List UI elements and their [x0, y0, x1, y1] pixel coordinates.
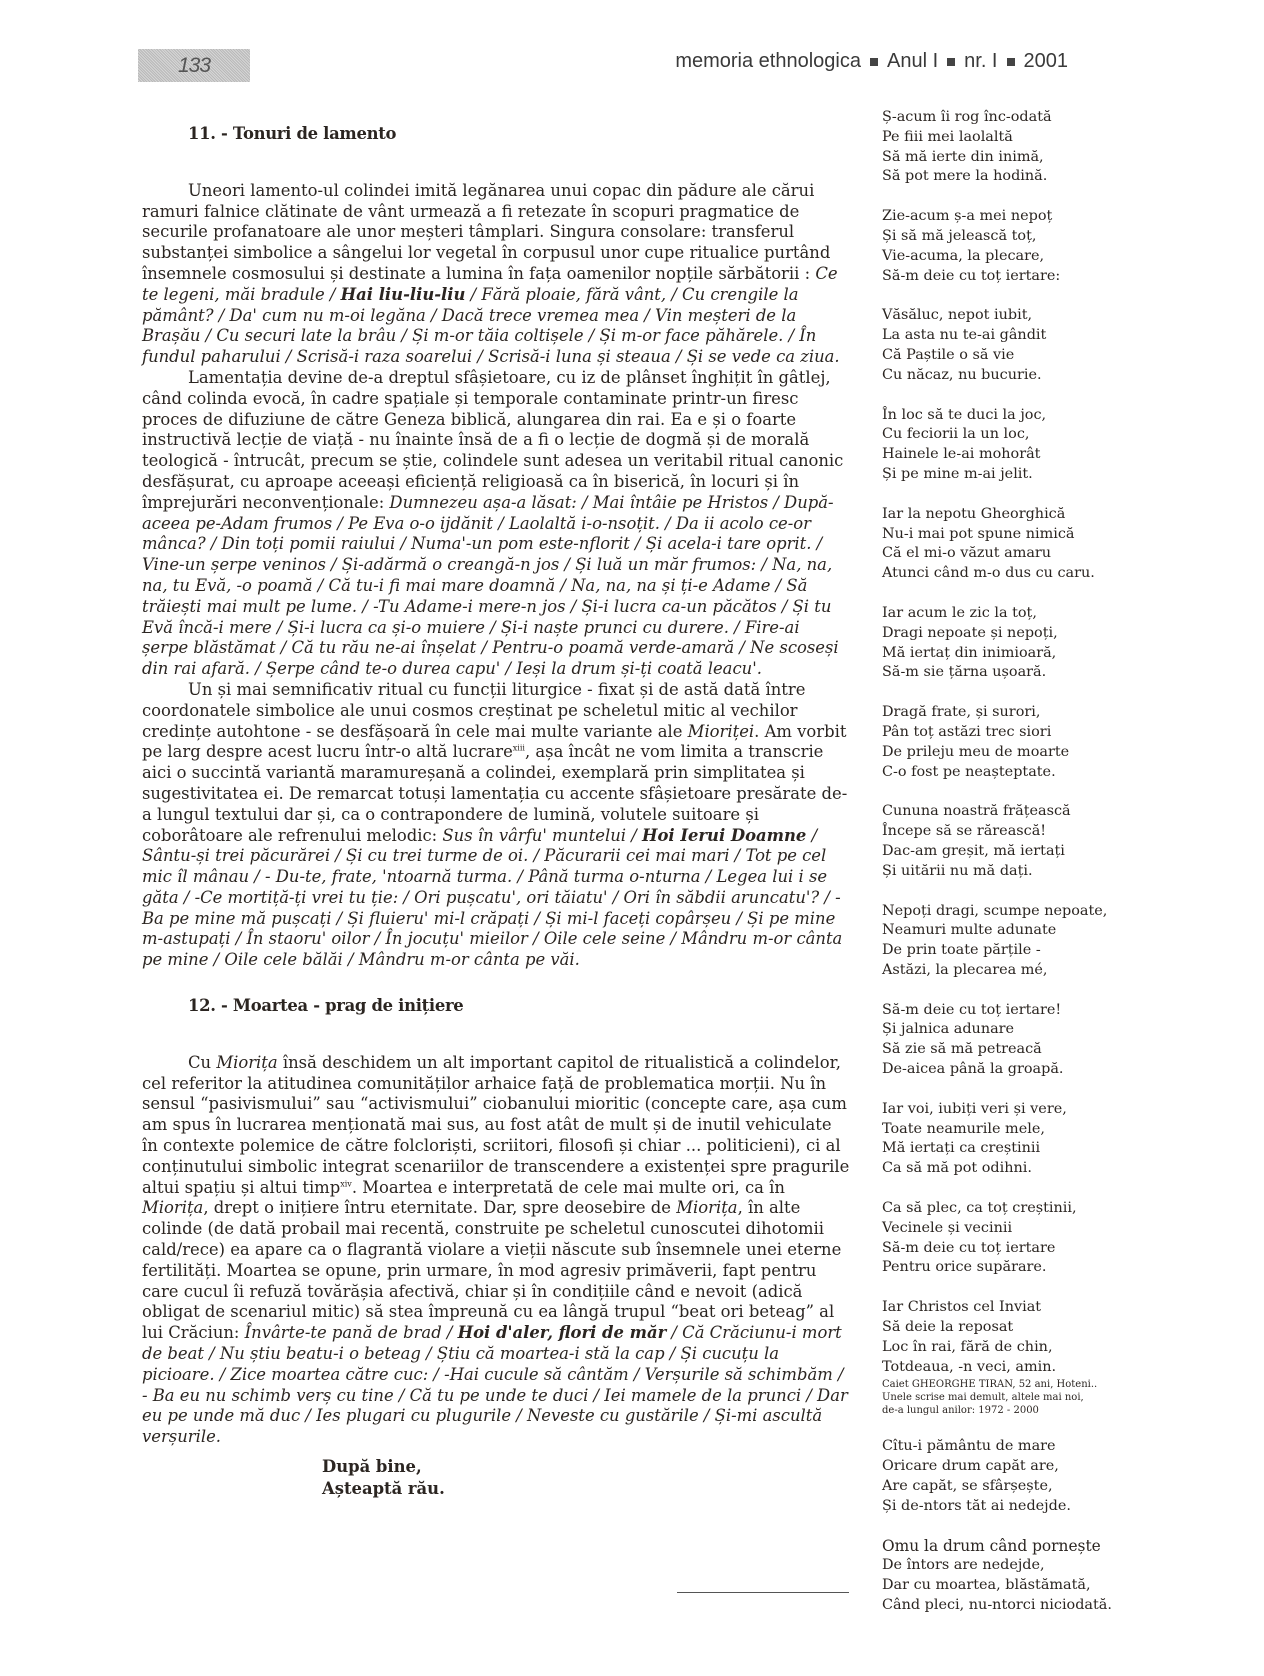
paragraph-text: , drept o inițiere întru eternitate. Dar…	[203, 1198, 676, 1217]
section-12-title: 12. - Moartea - prag de inițiere	[188, 996, 850, 1017]
poem-line: Cu feciorii la un loc,	[882, 425, 1212, 445]
poem-stanza: Iar acum le zic la toț,Dragi nepoate și …	[882, 604, 1212, 683]
poem-line: C-o fost pe neașteptate.	[882, 763, 1212, 783]
poem-line: În loc să te duci la joc,	[882, 406, 1212, 426]
poem-line: Să-m sie țărna ușoară.	[882, 663, 1212, 683]
volume: Anul I	[887, 50, 938, 73]
poem-line: Și de-ntors tăt ai nedejde.	[882, 1497, 1212, 1517]
poem-line: Iar Christos cel Inviat	[882, 1298, 1212, 1318]
refrain: Hai liu-liu-liu	[341, 285, 466, 304]
poem-line: Să-m deie cu toț iertare:	[882, 267, 1212, 287]
poem-line: Atunci când m-o dus cu caru.	[882, 564, 1212, 584]
poem-line: Cununa noastră frățească	[882, 802, 1212, 822]
poem-line: Dragă frate, și surori,	[882, 703, 1212, 723]
title-reference: Miorița	[676, 1198, 737, 1217]
poem-line: De prin toate părțile -	[882, 941, 1212, 961]
poem-line: De prileju meu de moarte	[882, 743, 1212, 763]
divider-rule	[677, 1592, 849, 1593]
paragraph-text: Uneori lamento-ul colindei imită legănar…	[142, 181, 830, 283]
poem-line: Nepoți dragi, scumpe nepoate,	[882, 902, 1212, 922]
poem-line: Pe fiii mei laolaltă	[882, 128, 1212, 148]
poem-stanza: Cununa noastră frățeascăÎncepe să se răr…	[882, 802, 1212, 881]
poem-stanza: Ș-acum îi rog înc-odatăPe fiii mei laola…	[882, 108, 1212, 187]
poem-stanza: În loc să te duci la joc,Cu feciorii la …	[882, 406, 1212, 485]
poem-line: Ca să plec, ca toț creștinii,	[882, 1199, 1212, 1219]
issue: nr. I	[964, 50, 997, 73]
square-bullet-icon	[947, 58, 955, 66]
paragraph-text: Lamentația devine de-a dreptul sfâșietoa…	[142, 368, 843, 512]
poem-line: Zie-acum ș-a mei nepoț	[882, 207, 1212, 227]
paragraph-text: Cu	[188, 1053, 216, 1072]
poem-line: Mă iertați ca creștinii	[882, 1139, 1212, 1159]
section-11-title: 11. - Tonuri de lamento	[188, 124, 850, 145]
refrain: Hoi d'aler, flori de măr	[458, 1323, 667, 1342]
paragraph-text: însă deschidem un alt important capitol …	[142, 1053, 849, 1197]
paragraph-text: , în alte colinde (de dată probail mai r…	[142, 1198, 841, 1342]
main-text-column: 11. - Tonuri de lamento Uneori lamento-u…	[142, 124, 850, 1500]
poem-line: Iar acum le zic la toț,	[882, 604, 1212, 624]
poem-line: Dragi nepoate și nepoți,	[882, 624, 1212, 644]
poem-line: Are capăt, se sfârșește,	[882, 1477, 1212, 1497]
refrain: Hoi Ierui Doamne	[642, 826, 806, 845]
section-12-paragraph-1: Cu Miorița însă deschidem un alt importa…	[142, 1053, 850, 1448]
poem-line: Și jalnica adunare	[882, 1020, 1212, 1040]
poem-stanza: Dragă frate, și surori,Pân toț astăzi tr…	[882, 703, 1212, 782]
poem-line: Vie-acuma, la plecare,	[882, 247, 1212, 267]
verse-quote: Sus în vârfu' muntelui /	[442, 826, 642, 845]
poem-line: Mă iertaț din inimioară,	[882, 644, 1212, 664]
page-number: 133	[178, 54, 210, 78]
poem-line: Iar la nepotu Gheorghică	[882, 505, 1212, 525]
poem-stanza: Văsăluc, nepot iubit,La asta nu te-ai gâ…	[882, 306, 1212, 385]
poem-line: Dar cu moartea, blăstămată,	[882, 1576, 1212, 1596]
poem-line: Vecinele și vecinii	[882, 1219, 1212, 1239]
poem-stanza: Ca să plec, ca toț creștinii,Vecinele și…	[882, 1199, 1212, 1278]
poem-line: Să mă ierte din inimă,	[882, 148, 1212, 168]
square-bullet-icon	[1007, 58, 1015, 66]
poem-line: Să zie să mă petreacă	[882, 1040, 1212, 1060]
poem-stanza: Iar voi, iubiți veri și vere,Toate neamu…	[882, 1100, 1212, 1179]
verse-quote: / Sântu-și trei păcurărei / Și cu trei t…	[142, 826, 842, 970]
paragraph-text: . Moartea e interpretată de cele mai mul…	[352, 1178, 785, 1197]
poem-stanza: Zie-acum ș-a mei nepoțȘi să mă jelească …	[882, 207, 1212, 286]
poem-line: Pentru orice supărare.	[882, 1258, 1212, 1278]
poem-line: De întors are nedejde,	[882, 1556, 1212, 1576]
poem-stanzas-after: Cîtu-i pământu de mareOricare drum capăt…	[882, 1437, 1212, 1615]
caption-line: Unele scrise mai demult, altele mai noi,	[882, 1391, 1212, 1404]
poem-stanza: Iar la nepotu GheorghicăNu-i mai pot spu…	[882, 505, 1212, 584]
poem-line: Pân toț astăzi trec siori	[882, 723, 1212, 743]
journal-name: memoria ethnologica	[675, 50, 861, 73]
proverb-line: Așteaptă rău.	[322, 1478, 850, 1500]
poem-source-caption: Caiet GHEORGHE TIRAN, 52 ani, Hoteni.. U…	[882, 1378, 1212, 1417]
poem-line: Începe să se rărească!	[882, 822, 1212, 842]
square-bullet-icon	[870, 58, 878, 66]
poem-line: Cu năcaz, nu bucurie.	[882, 366, 1212, 386]
section-11-paragraph-1: Uneori lamento-ul colindei imită legănar…	[142, 181, 850, 368]
poem-line: Oricare drum capăt are,	[882, 1457, 1212, 1477]
title-reference: Mioriței	[688, 722, 755, 741]
poem-line: Omu la drum când pornește	[882, 1537, 1212, 1557]
poem-line: Să-m deie cu toț iertare!	[882, 1001, 1212, 1021]
poem-line: Totdeaua, -n veci, amin.	[882, 1358, 1212, 1378]
proverb-line: După bine,	[322, 1456, 850, 1478]
poem-stanza: Iar Christos cel InviatSă deie la reposa…	[882, 1298, 1212, 1377]
footnote-marker[interactable]: xiv	[340, 1179, 352, 1188]
poem-stanza: Omu la drum când porneșteDe întors are n…	[882, 1537, 1212, 1616]
page-number-box: 133	[138, 49, 250, 82]
poem-line: Să pot mere la hodină.	[882, 167, 1212, 187]
running-header: memoria ethnologica Anul I nr. I 2001	[675, 50, 1068, 73]
poem-line: Dac-am greșit, mă iertați	[882, 842, 1212, 862]
poem-line: Să-m deie cu toț iertare	[882, 1239, 1212, 1259]
poem-line: De-aicea până la groapă.	[882, 1060, 1212, 1080]
poem-line: Nu-i mai pot spune nimică	[882, 525, 1212, 545]
poem-line: Că Paștile o să vie	[882, 346, 1212, 366]
footnote-marker[interactable]: xiii	[513, 744, 525, 753]
poem-line: Hainele le-ai mohorât	[882, 445, 1212, 465]
verse-quote: Dumnezeu așa-a lăsat: / Mai întâie pe Hr…	[142, 493, 839, 678]
poem-line: Când pleci, nu-ntorci niciodată.	[882, 1596, 1212, 1616]
poem-line: Toate neamurile mele,	[882, 1120, 1212, 1140]
poem-column: Ș-acum îi rog înc-odatăPe fiii mei laola…	[882, 108, 1212, 1636]
poem-line: Să deie la reposat	[882, 1318, 1212, 1338]
title-reference: Miorița	[216, 1053, 277, 1072]
year: 2001	[1024, 50, 1069, 73]
poem-line: Văsăluc, nepot iubit,	[882, 306, 1212, 326]
caption-line: Caiet GHEORGHE TIRAN, 52 ani, Hoteni..	[882, 1378, 1212, 1391]
poem-line: Că el mi-o văzut amaru	[882, 544, 1212, 564]
title-reference: Miorița	[142, 1198, 203, 1217]
section-11-paragraph-3: Un și mai semnificativ ritual cu funcții…	[142, 680, 850, 971]
poem-line: Iar voi, iubiți veri și vere,	[882, 1100, 1212, 1120]
poem-line: Ca să mă pot odihni.	[882, 1159, 1212, 1179]
poem-line: Și pe mine m-ai jelit.	[882, 465, 1212, 485]
poem-stanza: Să-m deie cu toț iertare!Și jalnica adun…	[882, 1001, 1212, 1080]
caption-line: de-a lungul anilor: 1972 - 2000	[882, 1404, 1212, 1417]
poem-line: Astăzi, la plecarea mé,	[882, 961, 1212, 981]
poem-line: Loc în rai, fără de chin,	[882, 1338, 1212, 1358]
poem-line: Și uitării nu mă dați.	[882, 862, 1212, 882]
poem-line: Cîtu-i pământu de mare	[882, 1437, 1212, 1457]
verse-quote: Învârte-te pană de brad /	[245, 1323, 458, 1342]
poem-line: Și să mă jelească toț,	[882, 227, 1212, 247]
poem-line: Neamuri multe adunate	[882, 921, 1212, 941]
proverb-signoff: După bine, Așteaptă rău.	[322, 1456, 850, 1500]
poem-stanza: Nepoți dragi, scumpe nepoate,Neamuri mul…	[882, 902, 1212, 981]
poem-line: La asta nu te-ai gândit	[882, 326, 1212, 346]
section-11-paragraph-2: Lamentația devine de-a dreptul sfâșietoa…	[142, 368, 850, 680]
poem-stanza: Cîtu-i pământu de mareOricare drum capăt…	[882, 1437, 1212, 1516]
poem-line: Ș-acum îi rog înc-odată	[882, 108, 1212, 128]
poem-stanzas: Ș-acum îi rog înc-odatăPe fiii mei laola…	[882, 108, 1212, 1377]
